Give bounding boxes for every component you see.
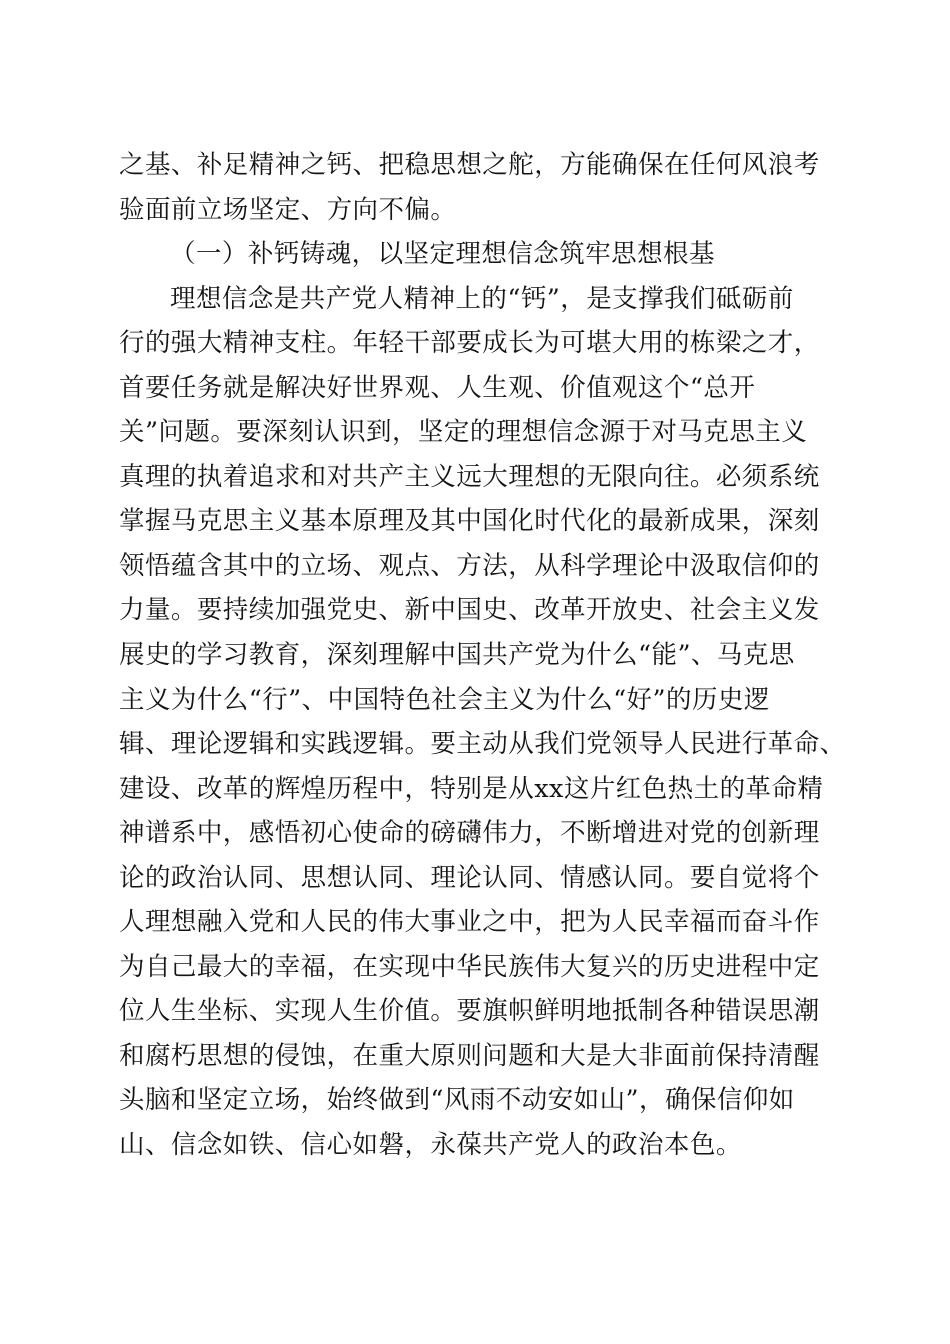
section-heading: （一）补钙铸魂，以坚定理想信念筑牢思想根基 [119,232,819,277]
document-page: 之基、补足精神之钙、把稳思想之舵，方能确保在任何风浪考验面前立场坚定、方向不偏。… [0,0,950,1344]
text-line: 力量。要持续加强党史、新中国史、改革开放史、社会主义发 [119,588,819,633]
text-block: 之基、补足精神之钙、把稳思想之舵，方能确保在任何风浪考验面前立场坚定、方向不偏。… [119,143,819,1168]
text-line: 关”问题。要深刻认识到，坚定的理想信念源于对马克思主义 [119,410,819,455]
text-line: 主义为什么“行”、中国特色社会主义为什么“好”的历史逻 [119,678,819,723]
paragraph: 理想信念是共产党人精神上的“钙”，是支撑我们砥砺前行的强大精神支柱。年轻干部要成… [119,277,819,1168]
text-line: 和腐朽思想的侵蚀，在重大原则问题和大是大非面前保持清醒 [119,1034,819,1079]
section-heading-line: （一）补钙铸魂，以坚定理想信念筑牢思想根基 [119,232,819,277]
text-line: 验面前立场坚定、方向不偏。 [119,188,819,233]
text-line: 展史的学习教育，深刻理解中国共产党为什么“能”、马克思 [119,633,819,678]
text-line: 山、信念如铁、信心如磐，永葆共产党人的政治本色。 [119,1123,819,1168]
text-line: 之基、补足精神之钙、把稳思想之舵，方能确保在任何风浪考 [119,143,819,188]
paragraph: 之基、补足精神之钙、把稳思想之舵，方能确保在任何风浪考验面前立场坚定、方向不偏。 [119,143,819,232]
text-line: 首要任务就是解决好世界观、人生观、价值观这个“总开 [119,366,819,411]
text-line: 头脑和坚定立场，始终做到“风雨不动安如山”，确保信仰如 [119,1078,819,1123]
text-line: 论的政治认同、思想认同、理论认同、情感认同。要自觉将个 [119,856,819,901]
text-line: 位人生坐标、实现人生价值。要旗帜鲜明地抵制各种错误思潮 [119,989,819,1034]
text-line: 辑、理论逻辑和实践逻辑。要主动从我们党领导人民进行革命、 [119,722,819,767]
text-line: 行的强大精神支柱。年轻干部要成长为可堪大用的栋梁之才， [119,321,819,366]
text-line: 领悟蕴含其中的立场、观点、方法，从科学理论中汲取信仰的 [119,544,819,589]
text-line: 建设、改革的辉煌历程中，特别是从xx这片红色热土的革命精 [119,767,819,812]
text-line: 人理想融入党和人民的伟大事业之中，把为人民幸福而奋斗作 [119,900,819,945]
text-line: 为自己最大的幸福，在实现中华民族伟大复兴的历史进程中定 [119,945,819,990]
text-line: 掌握马克思主义基本原理及其中国化时代化的最新成果，深刻 [119,499,819,544]
text-line: 理想信念是共产党人精神上的“钙”，是支撑我们砥砺前 [119,277,819,322]
text-line: 真理的执着追求和对共产主义远大理想的无限向往。必须系统 [119,455,819,500]
text-line: 神谱系中，感悟初心使命的磅礴伟力，不断增进对党的创新理 [119,811,819,856]
